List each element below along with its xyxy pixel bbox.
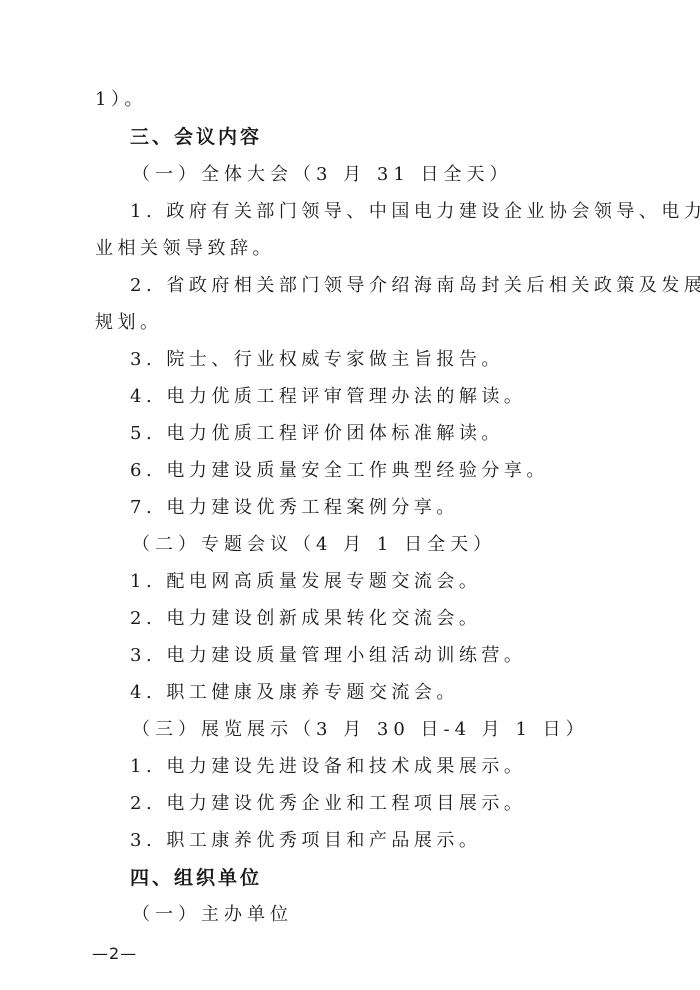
- list-item: 3. 职工康养优秀项目和产品展示。: [130, 829, 481, 853]
- page-number: —2—: [92, 944, 137, 963]
- subsection-title-host: （一）主办单位: [132, 903, 293, 927]
- list-item: 5. 电力优质工程评价团体标准解读。: [130, 422, 504, 446]
- section-heading-meeting-content: 三、会议内容: [130, 125, 262, 149]
- list-item-continuation: 业相关领导致辞。: [95, 237, 275, 261]
- list-item: 1. 配电网高质量发展专题交流会。: [130, 570, 481, 594]
- list-item: 2. 省政府相关部门领导介绍海南岛封关后相关政策及发展: [130, 274, 700, 298]
- list-item: 1. 政府有关部门领导、中国电力建设企业协会领导、电力企: [130, 200, 700, 224]
- section-heading-organizers: 四、组织单位: [130, 866, 262, 890]
- list-item: 1. 电力建设先进设备和技术成果展示。: [130, 755, 526, 779]
- list-item: 6. 电力建设质量安全工作典型经验分享。: [130, 459, 549, 483]
- list-item: 4. 职工健康及康养专题交流会。: [130, 681, 459, 705]
- list-item: 2. 电力建设优秀企业和工程项目展示。: [130, 792, 526, 816]
- list-item: 2. 电力建设创新成果转化交流会。: [130, 607, 481, 631]
- continuation-text: 1）。: [95, 88, 147, 112]
- list-item-continuation: 规划。: [95, 311, 163, 335]
- list-item: 3. 电力建设质量管理小组活动训练营。: [130, 644, 526, 668]
- subsection-title-plenary: （一）全体大会（3 月 31 日全天）: [132, 163, 513, 187]
- list-item: 7. 电力建设优秀工程案例分享。: [130, 496, 459, 520]
- subsection-title-exhibition: （三）展览展示（3 月 30 日-4 月 1 日）: [132, 718, 589, 742]
- list-item: 3. 院士、行业权威专家做主旨报告。: [130, 348, 504, 372]
- document-page: 1）。 三、会议内容 （一）全体大会（3 月 31 日全天） 1. 政府有关部门…: [0, 0, 700, 990]
- list-item: 4. 电力优质工程评审管理办法的解读。: [130, 385, 526, 409]
- subsection-title-special-meetings: （二）专题会议（4 月 1 日全天）: [132, 533, 496, 557]
